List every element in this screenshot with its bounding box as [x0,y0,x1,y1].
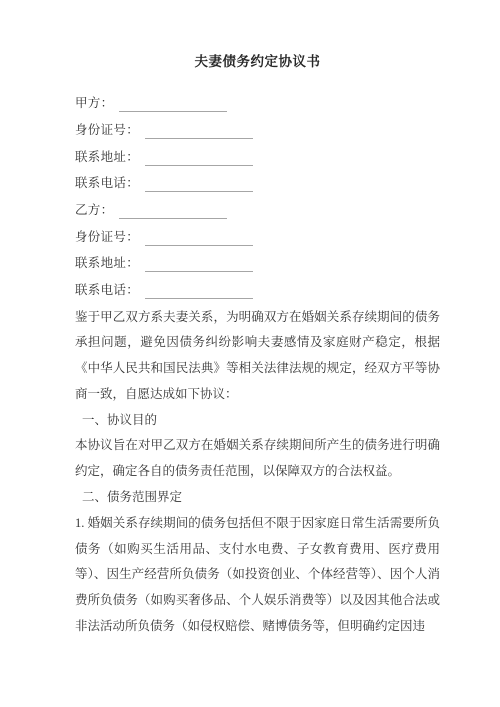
field-blank-line [119,203,227,219]
section-paragraph-purpose: 本协议旨在对甲乙双方在婚姻关系存续期间所产生的债务进行明确约定，确定各自的债务责… [75,433,440,485]
field-label: 乙方： [75,200,113,218]
field-row-contact-address-a: 联系地址： [75,142,440,169]
field-row-contact-phone-a: 联系电话： [75,169,440,196]
section-paragraph-debt-scope: 1. 婚姻关系存续期间的债务包括但不限于因家庭日常生活需要所负债务（如购买生活用… [75,511,440,640]
field-label: 身份证号： [75,120,139,138]
document-title: 夫妻债务约定协议书 [75,52,440,72]
field-label: 甲方： [75,93,113,111]
field-label: 联系电话： [75,280,139,298]
field-row-contact-address-b: 联系地址： [75,249,440,276]
field-row-party-b: 乙方： [75,196,440,223]
field-blank-line [145,123,253,139]
field-label: 身份证号： [75,227,139,245]
field-blank-line [119,96,227,112]
field-row-party-a: 甲方： [75,89,440,116]
document-body: 鉴于甲乙双方系夫妻关系，为明确双方在婚姻关系存续期间的债务承担问题，避免因债务纠… [75,305,440,640]
field-row-id-number-b: 身份证号： [75,222,440,249]
field-label: 联系地址： [75,147,139,165]
field-blank-line [145,230,253,246]
section-heading-purpose: 一、协议目的 [75,408,440,434]
section-heading-debt-scope: 二、债务范围界定 [75,485,440,511]
field-row-contact-phone-b: 联系电话： [75,276,440,303]
document-page: 夫妻债务约定协议书 甲方： 身份证号： 联系地址： 联系电话： 乙方： 身份证号… [0,0,500,707]
field-blank-line [145,283,253,299]
preamble-paragraph: 鉴于甲乙双方系夫妻关系，为明确双方在婚姻关系存续期间的债务承担问题，避免因债务纠… [75,305,440,408]
field-row-id-number-a: 身份证号： [75,116,440,143]
field-blank-line [145,176,253,192]
field-blank-line [145,256,253,272]
field-label: 联系地址： [75,253,139,271]
field-label: 联系电话： [75,173,139,191]
party-fields: 甲方： 身份证号： 联系地址： 联系电话： 乙方： 身份证号： 联系地址： 联 [75,89,440,303]
field-blank-line [145,150,253,166]
